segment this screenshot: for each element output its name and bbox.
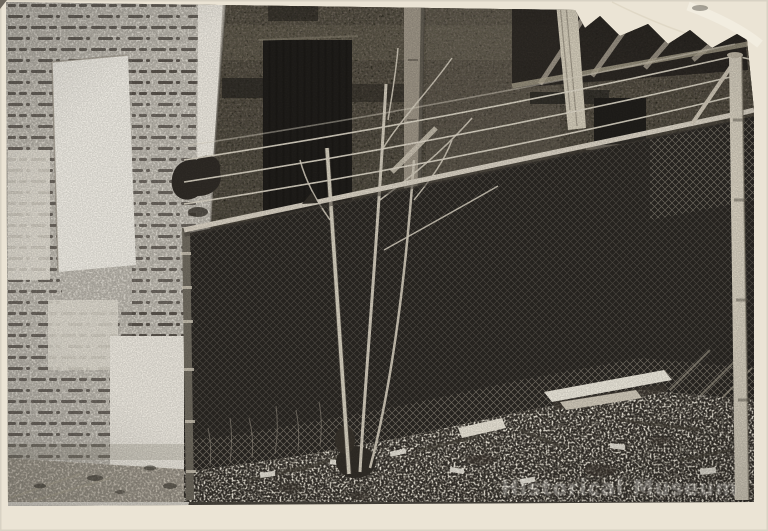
- photo-print: Historical Museum: [0, 0, 768, 531]
- photo-scene: [0, 0, 768, 531]
- vignette: [0, 0, 768, 531]
